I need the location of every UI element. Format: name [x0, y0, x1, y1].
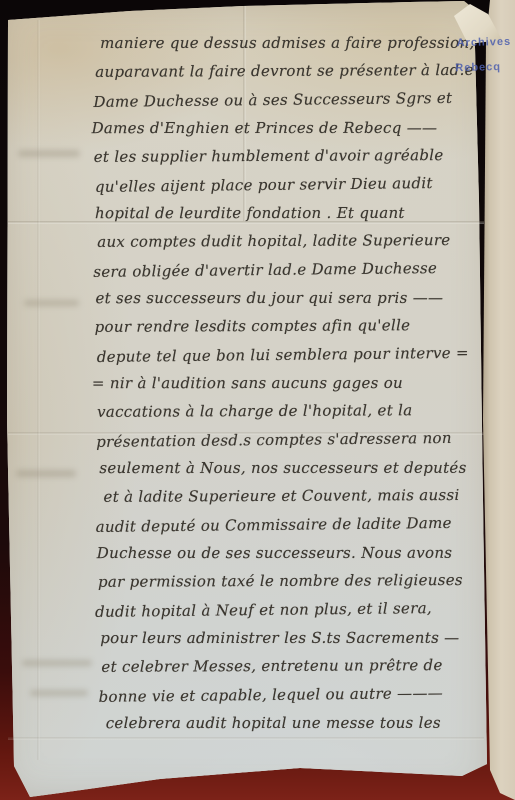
manuscript-line: audit deputé ou Commissaire de ladite Da…: [96, 513, 452, 538]
manuscript-line: sera obligée d'avertir lad.e Dame Duches…: [93, 258, 437, 283]
manuscript-line: et ses successeurs du jour qui sera pris…: [95, 288, 443, 309]
manuscript-line: celebrera audit hopital une messe tous l…: [106, 713, 441, 734]
manuscript-line: et à ladite Superieure et Couvent, mais …: [103, 485, 459, 508]
manuscript-line: bonne vie et capable, lequel ou autre ——…: [98, 683, 443, 708]
manuscript-line: depute tel que bon lui semblera pour int…: [97, 343, 469, 368]
manuscript-line: seulement à Nous, nos successeurs et dep…: [99, 458, 466, 479]
archive-stamp-line2: Rebecq: [455, 60, 515, 75]
archive-stamp: Archives Rebecq: [457, 35, 515, 75]
manuscript-line: maniere que dessus admises a faire profe…: [100, 33, 474, 54]
manuscript-line: auparavant la faire devront se présenter…: [95, 60, 474, 83]
manuscript-line: vaccations à la charge de l'hopital, et …: [97, 400, 412, 423]
manuscript-line: dudit hopital à Neuf et non plus, et il …: [95, 598, 432, 623]
manuscript-line: et les supplier humblement d'avoir agréa…: [94, 145, 444, 168]
archive-stamp-line1: Archives: [457, 35, 515, 50]
manuscript-line: Duchesse ou de ses successeurs. Nous avo…: [97, 543, 453, 564]
manuscript-line: pour rendre lesdits comptes afin qu'elle: [95, 315, 411, 338]
manuscript-line: présentation desd.s comptes s'adressera …: [96, 428, 452, 453]
manuscript-line: hopital de leurdite fondation . Et quant: [95, 203, 405, 224]
manuscript-line: Dame Duchesse ou à ses Successeurs Sgrs …: [93, 88, 452, 113]
handwritten-text-block: maniere que dessus admises a faire profe…: [0, 0, 515, 800]
manuscript-line: par permission taxé le nombre des religi…: [98, 570, 463, 593]
manuscript-line: aux comptes dudit hopital, ladite Superi…: [97, 230, 450, 253]
manuscript-line: et celebrer Messes, entretenu un prêtre …: [101, 655, 442, 678]
manuscript-line: qu'elles aijent place pour servir Dieu a…: [95, 173, 433, 198]
manuscript-line: Dames d'Enghien et Princes de Rebecq ——: [92, 118, 438, 139]
manuscript-line: = nir à l'audition sans aucuns gages ou: [92, 373, 403, 394]
manuscript-line: pour leurs administrer les S.ts Sacremen…: [100, 628, 459, 649]
photographed-manuscript-page: maniere que dessus admises a faire profe…: [0, 0, 515, 800]
